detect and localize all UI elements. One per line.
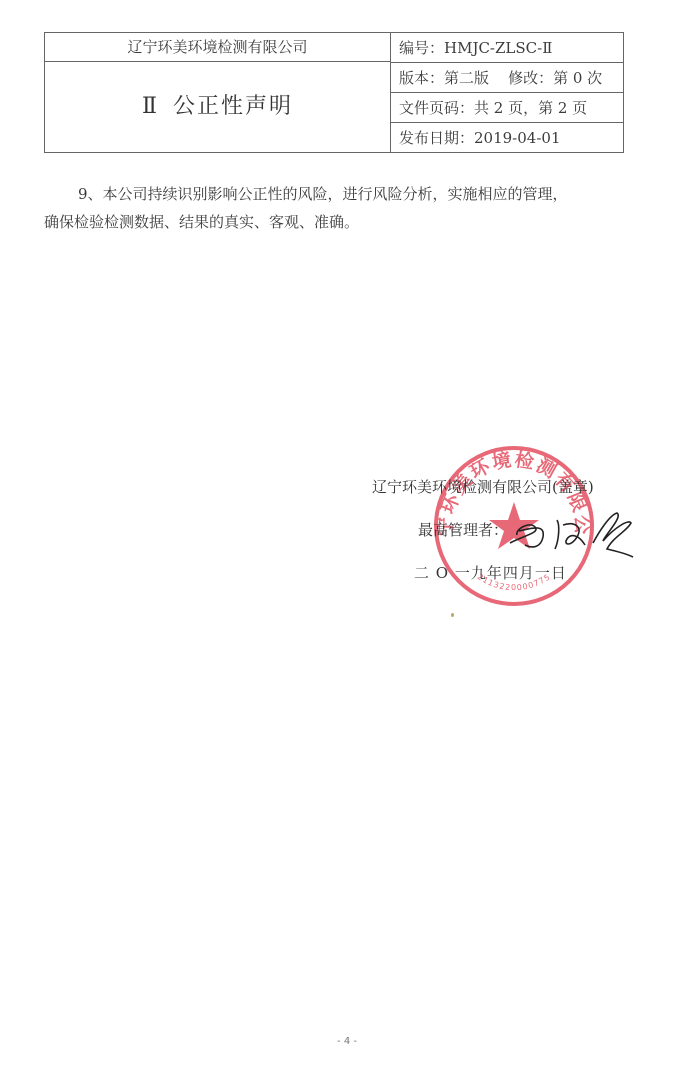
scan-speck <box>451 613 454 617</box>
page-number: - 4 - <box>0 1036 694 1047</box>
declaration-paragraph: 9、本公司持续识别影响公正性的风险，进行风险分析，实施相应的管理， 确保检验检测… <box>44 180 624 236</box>
page-info: 文件页码：共 2 页，第 2 页 <box>391 93 623 123</box>
version-info: 版本：第二版 修改：第 0 次 <box>391 63 623 93</box>
manager-label: 最高管理者： <box>418 519 508 540</box>
section-title-cell: Ⅱ公正性声明 <box>45 62 390 152</box>
signature-date: 二 O 一九年四月一日 <box>414 562 567 583</box>
header-meta-column: 编号：HMJC-ZLSC-Ⅱ 版本：第二版 修改：第 0 次 文件页码：共 2 … <box>391 33 623 152</box>
doc-number: 编号：HMJC-ZLSC-Ⅱ <box>391 33 623 63</box>
paragraph-line-2: 确保检验检测数据、结果的真实、客观、准确。 <box>44 208 624 236</box>
document-header-table: 辽宁环美环境检测有限公司 Ⅱ公正性声明 编号：HMJC-ZLSC-Ⅱ 版本：第二… <box>44 32 624 153</box>
header-left-column: 辽宁环美环境检测有限公司 Ⅱ公正性声明 <box>45 33 391 152</box>
release-date: 发布日期：2019-04-01 <box>391 123 623 152</box>
section-title: 公正性声明 <box>173 94 293 119</box>
handwritten-signature-icon <box>505 505 635 560</box>
paragraph-line-1: 9、本公司持续识别影响公正性的风险，进行风险分析，实施相应的管理， <box>44 180 624 208</box>
company-seal-line: 辽宁环美环境检测有限公司(盖章) <box>372 476 594 497</box>
company-name: 辽宁环美环境检测有限公司 <box>45 33 390 62</box>
section-numeral: Ⅱ <box>142 94 159 119</box>
